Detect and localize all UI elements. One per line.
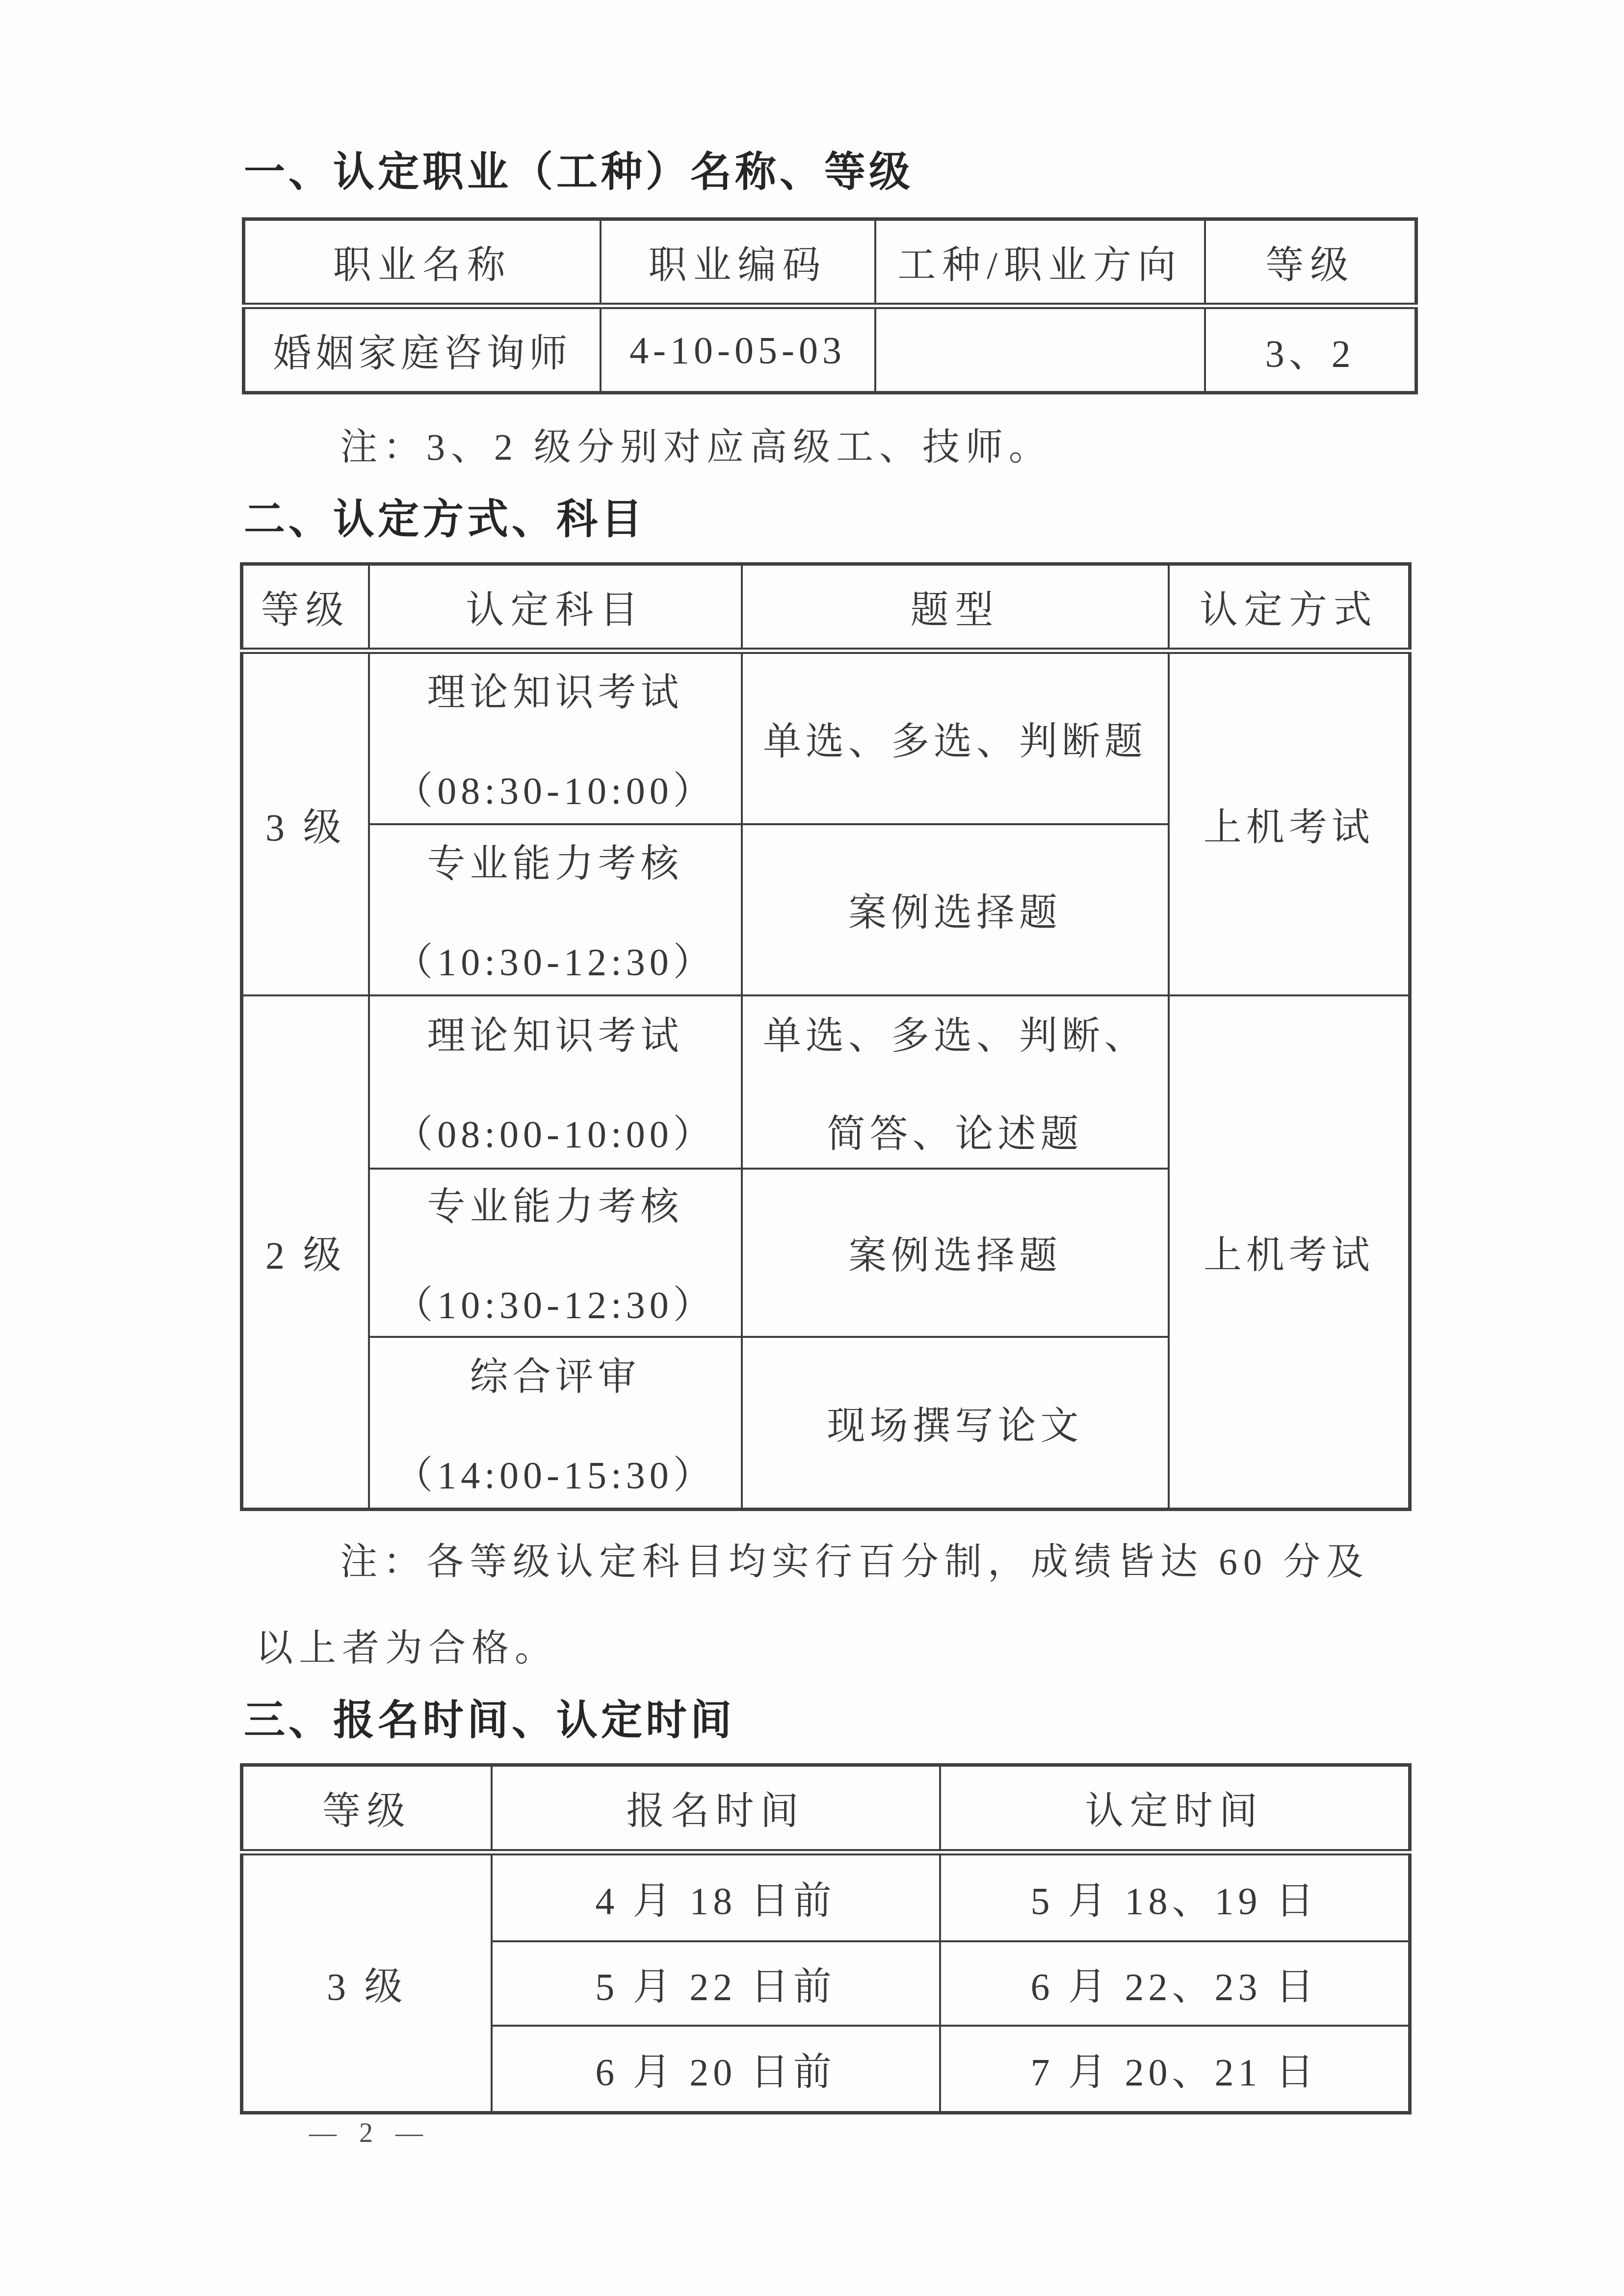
subject-name: 理论知识考试 xyxy=(370,1005,741,1060)
assessment-time-cell: 5 月 18、19 日 xyxy=(940,1852,1410,1941)
th-question-type: 题型 xyxy=(742,564,1169,651)
subject-time: （10:30-12:30） xyxy=(370,1274,741,1329)
section3-heading: 三、报名时间、认定时间 xyxy=(244,1696,735,1744)
section2-note-line1: 注：各等级认定科目均实行百分制，成绩皆达 60 分及 xyxy=(340,1532,1369,1585)
document-page: 一、认定职业（工种）名称、等级 职业名称 职业编码 工种/职业方向 等级 婚姻家… xyxy=(0,0,1624,2296)
level3-theory-types-cell: 单选、多选、判断题 xyxy=(742,651,1169,824)
subject-time: （10:30-12:30） xyxy=(370,931,741,986)
schedule-row-1: 3 级 4 月 18 日前 5 月 18、19 日 xyxy=(242,1852,1410,1941)
level2-label-cell: 2 级 xyxy=(242,995,369,1510)
occupation-table-header-row: 职业名称 职业编码 工种/职业方向 等级 xyxy=(244,219,1416,306)
level3-label-cell: 3 级 xyxy=(242,651,369,995)
register-time-cell: 5 月 22 日前 xyxy=(492,1941,940,2026)
occupation-table: 职业名称 职业编码 工种/职业方向 等级 婚姻家庭咨询师 4-10-05-03 … xyxy=(242,217,1418,394)
th-grade: 等级 xyxy=(242,1765,492,1852)
subject-name: 专业能力考核 xyxy=(370,1176,741,1231)
level2-review-types-cell: 现场撰写论文 xyxy=(742,1337,1169,1510)
schedule-level-cell: 3 级 xyxy=(242,1852,492,2113)
page-number: — 2 — xyxy=(309,2117,431,2149)
th-work-type: 工种/职业方向 xyxy=(875,219,1205,306)
th-subject: 认定科目 xyxy=(369,564,742,651)
types-line1: 单选、多选、判断、 xyxy=(743,1005,1168,1060)
occupation-code-cell: 4-10-05-03 xyxy=(601,306,875,393)
th-occupation-code: 职业编码 xyxy=(601,219,875,306)
assessment-table-header-row: 等级 认定科目 题型 认定方式 xyxy=(242,564,1410,651)
occupation-table-data-row: 婚姻家庭咨询师 4-10-05-03 3、2 xyxy=(244,306,1416,393)
level2-skill-types-cell: 案例选择题 xyxy=(742,1169,1169,1337)
subject-name: 理论知识考试 xyxy=(370,662,741,717)
schedule-table-header-row: 等级 报名时间 认定时间 xyxy=(242,1765,1410,1852)
level3-method-cell: 上机考试 xyxy=(1169,651,1410,995)
level3-row-theory: 3 级 理论知识考试 （08:30-10:00） 单选、多选、判断题 上机考试 xyxy=(242,651,1410,824)
subject-time: （08:00-10:00） xyxy=(370,1103,741,1158)
assessment-time-cell: 6 月 22、23 日 xyxy=(940,1941,1410,2026)
assessment-time-cell: 7 月 20、21 日 xyxy=(940,2026,1410,2113)
occupation-name-cell: 婚姻家庭咨询师 xyxy=(244,306,601,393)
assessment-table: 等级 认定科目 题型 认定方式 3 级 理论知识考试 （08:30-10:00）… xyxy=(240,562,1412,1511)
section1-note: 注：3、2 级分别对应高级工、技师。 xyxy=(340,417,1052,470)
subject-time: （14:00-15:30） xyxy=(370,1444,741,1499)
subject-time: （08:30-10:00） xyxy=(370,760,741,815)
level2-method-cell: 上机考试 xyxy=(1169,995,1410,1510)
register-time-cell: 6 月 20 日前 xyxy=(492,2026,940,2113)
types-line2: 简答、论述题 xyxy=(743,1103,1168,1158)
th-assessment-time: 认定时间 xyxy=(940,1765,1410,1852)
level-cell: 3、2 xyxy=(1205,306,1416,393)
th-level: 等级 xyxy=(1205,219,1416,306)
section2-heading: 二、认定方式、科目 xyxy=(244,496,646,543)
schedule-table: 等级 报名时间 认定时间 3 级 4 月 18 日前 5 月 18、19 日 5… xyxy=(240,1763,1412,2114)
th-grade: 等级 xyxy=(242,564,369,651)
level3-skill-types-cell: 案例选择题 xyxy=(742,824,1169,995)
section2-note-line2: 以上者为合格。 xyxy=(256,1618,558,1671)
subject-name: 综合评审 xyxy=(370,1346,741,1401)
level2-theory-subject-cell: 理论知识考试 （08:00-10:00） xyxy=(369,995,742,1169)
level3-skill-subject-cell: 专业能力考核 （10:30-12:30） xyxy=(369,824,742,995)
th-occupation-name: 职业名称 xyxy=(244,219,601,306)
th-method: 认定方式 xyxy=(1169,564,1410,651)
level2-theory-types-cell: 单选、多选、判断、 简答、论述题 xyxy=(742,995,1169,1169)
level2-skill-subject-cell: 专业能力考核 （10:30-12:30） xyxy=(369,1169,742,1337)
level2-row-theory: 2 级 理论知识考试 （08:00-10:00） 单选、多选、判断、 简答、论述… xyxy=(242,995,1410,1169)
work-type-cell xyxy=(875,306,1205,393)
subject-name: 专业能力考核 xyxy=(370,833,741,888)
level3-theory-subject-cell: 理论知识考试 （08:30-10:00） xyxy=(369,651,742,824)
level2-review-subject-cell: 综合评审 （14:00-15:30） xyxy=(369,1337,742,1510)
register-time-cell: 4 月 18 日前 xyxy=(492,1852,940,1941)
th-register-time: 报名时间 xyxy=(492,1765,940,1852)
section1-heading: 一、认定职业（工种）名称、等级 xyxy=(244,148,914,196)
